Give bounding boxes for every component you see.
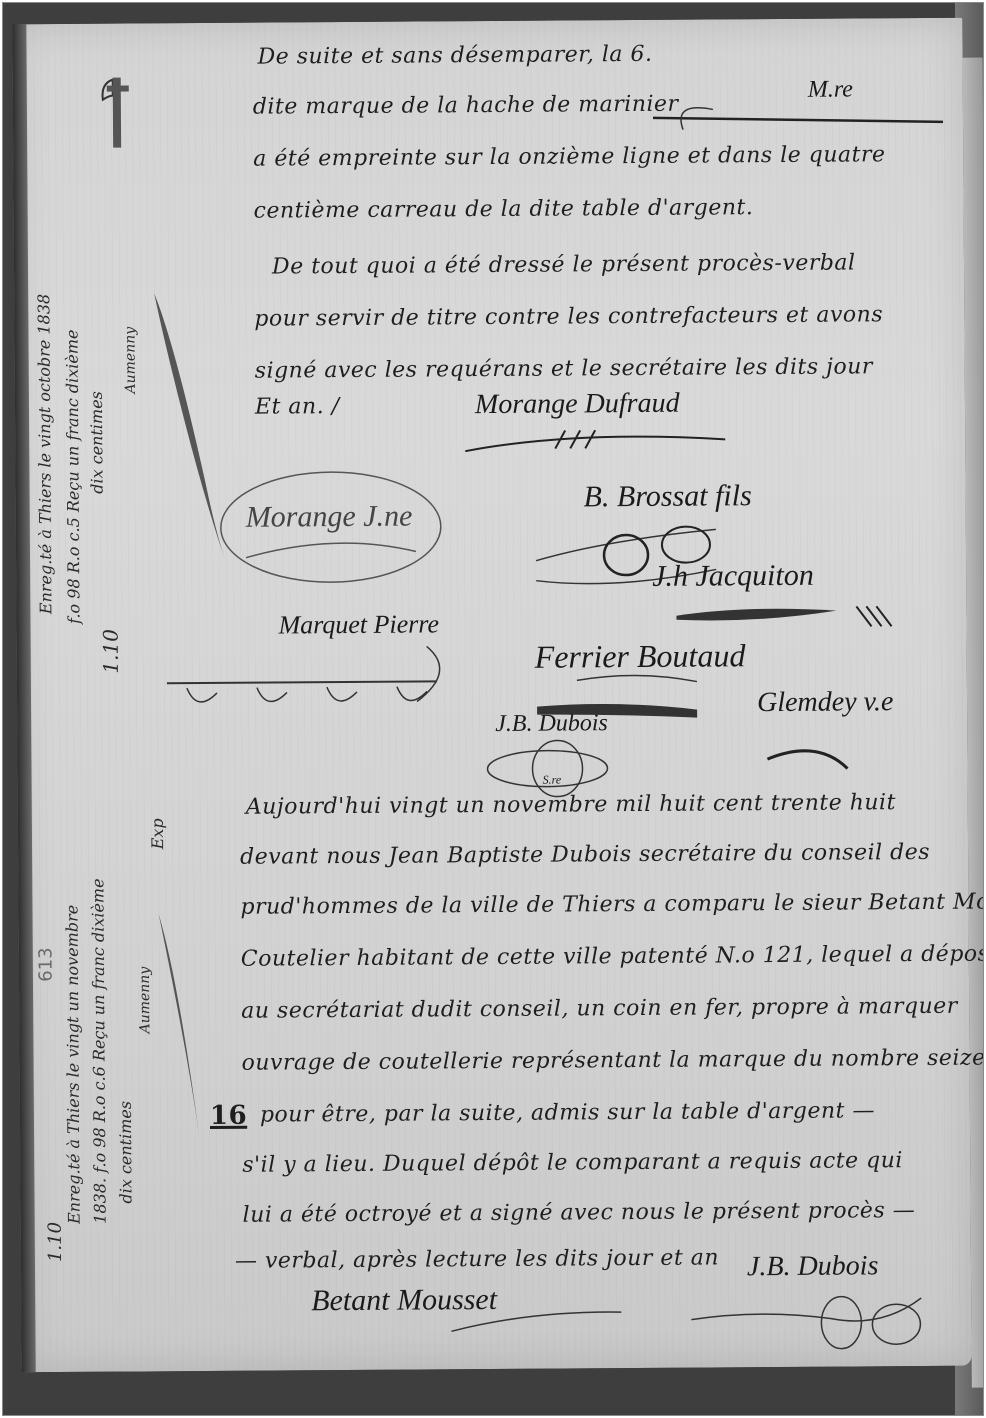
margin-amount: 1.10 <box>45 1222 66 1262</box>
clerk-mark: Aumenny <box>137 967 153 1034</box>
margin-registration-line: Enreg.té à Thiers le vingt octobre 1838 <box>34 294 55 614</box>
signature-flourish <box>157 641 458 723</box>
signature-flourish <box>757 728 877 779</box>
exp-label: Exp <box>148 818 167 849</box>
quill-stroke <box>148 903 230 1164</box>
page-edge <box>963 58 984 1388</box>
signature-flourish <box>656 596 916 638</box>
text-line: dite marque de la hache de marinier <box>253 92 679 120</box>
text-line: Et an. / <box>255 394 340 420</box>
text-line: Coutelier habitant de cette ville patent… <box>241 941 984 971</box>
margin-registration-line: dix centimes <box>116 1101 136 1204</box>
text-line: signé avec les requérans et le secrétair… <box>255 354 873 383</box>
text-line: a été empreinte sur la onzième ligne et … <box>253 142 885 171</box>
strikethrough-flourish <box>653 98 953 140</box>
axe-cross-mark-icon <box>99 73 140 153</box>
margin-registration-line: Enreg.té à Thiers le vingt un novembre <box>62 905 83 1224</box>
signature-note: S.re <box>543 773 562 788</box>
margin-registration-line: dix centimes <box>87 391 107 494</box>
text-line: pour être, par la suite, admis sur la ta… <box>260 1098 875 1127</box>
text-line: De suite et sans désemparer, la 6. <box>257 42 652 70</box>
signature: Morange Dufraud <box>475 388 680 421</box>
signature-flourish <box>681 1288 941 1360</box>
text-line: s'il y a lieu. Duquel dépôt le comparant… <box>242 1148 903 1178</box>
signature: J.B. Dubois <box>747 1250 879 1283</box>
signature-flourish <box>455 419 735 461</box>
scan-frame: De suite et sans désemparer, la 6. dite … <box>2 2 984 1416</box>
text-line: au secrétariat dudit conseil, un coin en… <box>241 994 958 1024</box>
text-line: prud'hommes de la ville de Thiers a comp… <box>240 889 984 920</box>
text-line: — verbal, après lecture les dits jour et… <box>235 1245 719 1273</box>
manuscript-page: De suite et sans désemparer, la 6. dite … <box>12 18 971 1373</box>
text-line: Aujourd'hui vingt un novembre mil huit c… <box>246 790 896 820</box>
pencil-number: 613 <box>35 947 56 982</box>
signature: J.h Jacquiton <box>652 559 814 594</box>
margin-registration-line: 1838. f.o 98 R.o c.6 Reçu un franc dixiè… <box>88 878 109 1223</box>
signature: Glemdey v.e <box>757 686 894 719</box>
text-line: De tout quoi a été dressé le présent pro… <box>272 250 856 279</box>
margin-registration-line: f.o 98 R.o c.5 Reçu un franc dixième <box>62 329 83 624</box>
signature: J.B. Dubois <box>495 710 608 738</box>
clerk-mark: Aumenny <box>122 327 138 394</box>
signature-flourish <box>441 1290 641 1341</box>
signature: Marquet Pierre <box>278 609 439 640</box>
margin-amount: 1.10 <box>99 629 123 674</box>
text-line: pour servir de titre contre les contrefa… <box>254 302 883 331</box>
binding-edge <box>12 24 35 1372</box>
text-line: centième carreau de la dite table d'arge… <box>254 195 754 223</box>
signature: Morange J.ne <box>246 500 413 535</box>
text-line: devant nous Jean Baptiste Dubois secréta… <box>240 840 930 870</box>
text-line: lui a été octroyé et a signé avec nous l… <box>243 1198 916 1228</box>
text-line: ouvrage de coutellerie représentant la m… <box>241 1046 984 1076</box>
